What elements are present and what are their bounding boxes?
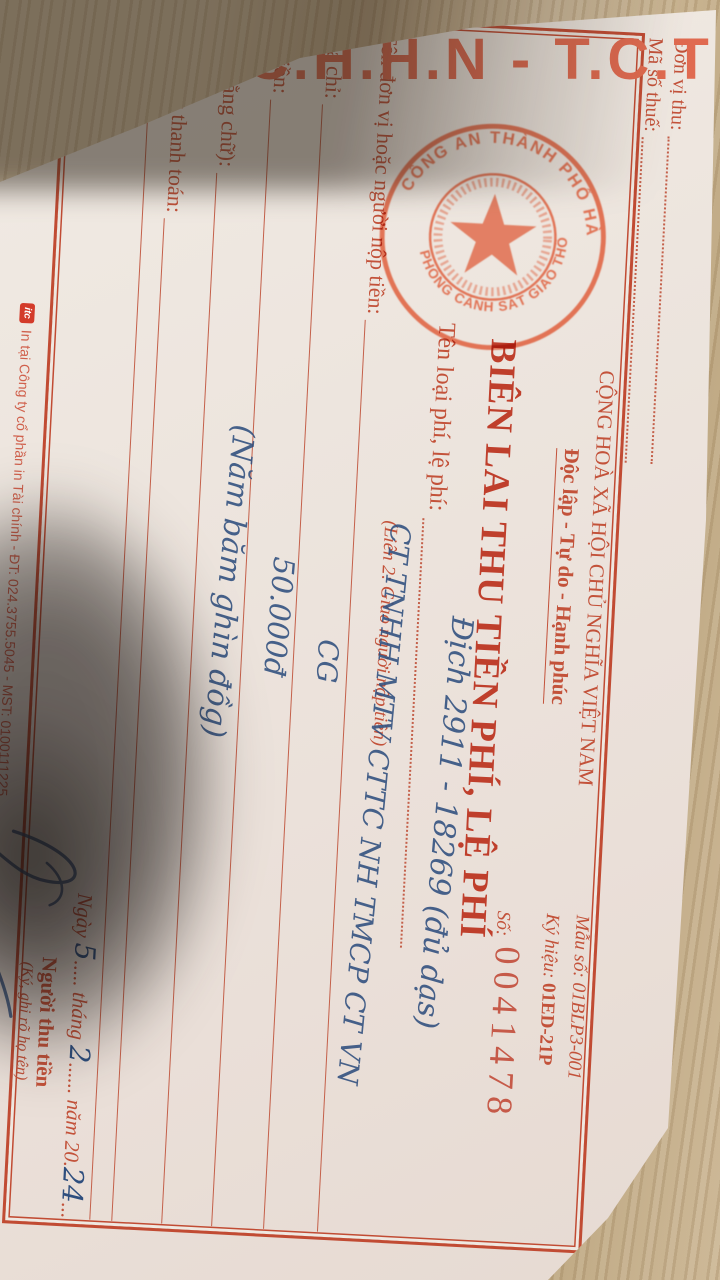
form-number-label: Mẫu số: bbox=[569, 915, 593, 979]
address-handwriting: CG bbox=[310, 639, 345, 684]
date-year-handwriting: 24 bbox=[55, 1167, 90, 1204]
police-seal-stamp: CÔNG AN THÀNH PHỐ HÀ NỘI PHÒNG CẢNH SÁT … bbox=[369, 113, 616, 360]
security-overprint: T.C.T C.H.H.N - T.C.T bbox=[28, 26, 718, 93]
symbol-value: 01ED-21P bbox=[534, 983, 559, 1066]
paper-sheet: T.C.T C.H.H.N - T.C.T Đơn vị thu: Mã số … bbox=[0, 0, 720, 1280]
photo-of-receipt-on-wood-table: T.C.T C.H.H.N - T.C.T Đơn vị thu: Mã số … bbox=[0, 0, 720, 1280]
serial-label: Số: bbox=[492, 910, 514, 936]
signature-ink bbox=[0, 788, 110, 1026]
date-dots-3: ... bbox=[56, 1202, 81, 1219]
date-dots-2: ...... bbox=[63, 1062, 89, 1095]
star-icon bbox=[448, 192, 538, 277]
date-year-label: năm 20. bbox=[59, 1099, 87, 1168]
symbol-label: Ký hiệu: bbox=[539, 913, 563, 979]
overprint-left: T.C.T bbox=[28, 27, 187, 92]
printer-logo: itc bbox=[20, 303, 36, 323]
date-month-handwriting: 2 bbox=[62, 1044, 96, 1064]
overprint-right: C.H.H.N - T.C.T bbox=[247, 27, 713, 92]
receipt-form: Đơn vị thu: Mã số thuế: CỘNG HOÀ XÃ HỘI … bbox=[0, 0, 700, 1278]
